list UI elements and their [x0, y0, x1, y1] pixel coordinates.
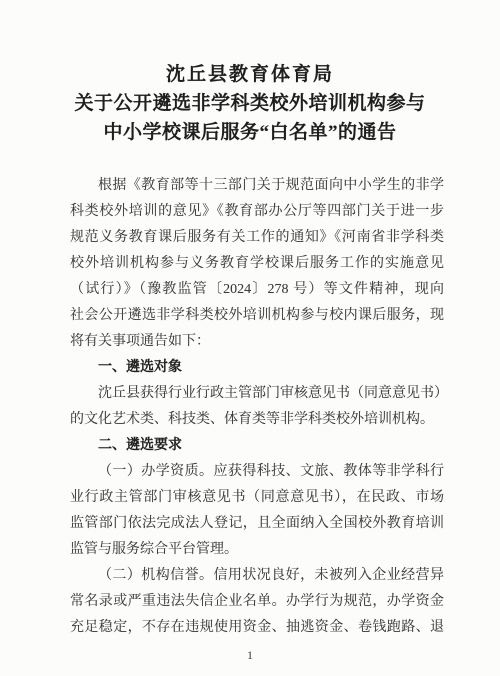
body-line: 社会公开遴选非学科类校外培训机构参与校内课后服务，现 — [70, 303, 444, 329]
page-number: 1 — [0, 648, 500, 663]
body-line: 科类校外培训的意见》《教育部办公厅等四部门关于进一步 — [70, 199, 444, 225]
title-line-2: 关于公开遴选非学科类校外培训机构参与 — [0, 89, 500, 118]
body-line: 常名录或严重违法失信企业名单。办学行为规范，办学资金 — [70, 589, 444, 615]
section-heading-1: 一、遴选对象 — [70, 355, 444, 381]
body-line: 校外培训机构参与义务教育学校课后服务工作的实施意见 — [70, 251, 444, 277]
body-line: 根据《教育部等十三部门关于规范面向中小学生的非学 — [70, 173, 444, 199]
document-title: 沈丘县教育体育局 关于公开遴选非学科类校外培训机构参与 中小学校课后服务“白名单… — [0, 0, 500, 147]
body-line: （二）机构信誉。信用状况良好，未被列入企业经营异 — [70, 563, 444, 589]
body-line: 业行政主管部门审核意见书（同意意见书），在民政、市场 — [70, 485, 444, 511]
title-line-1: 沈丘县教育体育局 — [0, 60, 500, 89]
body-line: 监管部门依法完成法人登记，且全面纳入全国校外教育培训 — [70, 511, 444, 537]
title-line-3: 中小学校课后服务“白名单”的通告 — [0, 118, 500, 147]
body-line: 规范义务教育课后服务有关工作的通知》《河南省非学科类 — [70, 225, 444, 251]
body-line: （试行）》（豫教监管〔2024〕278 号）等文件精神，现向 — [70, 277, 444, 303]
document-body: 根据《教育部等十三部门关于规范面向中小学生的非学 科类校外培训的意见》《教育部办… — [70, 173, 444, 641]
body-line: 将有关事项通告如下： — [70, 329, 444, 355]
section-heading-2: 二、遴选要求 — [70, 433, 444, 459]
body-line: 沈丘县获得行业行政主管部门审核意见书（同意意见书） — [70, 381, 444, 407]
body-line: 的文化艺术类、科技类、体育类等非学科类校外培训机构。 — [70, 407, 444, 433]
body-line: 充足稳定，不存在违规使用资金、抽逃资金、卷钱跑路、退 — [70, 615, 444, 641]
body-line: 监管与服务综合平台管理。 — [70, 537, 444, 563]
body-line: （一）办学资质。应获得科技、文旅、教体等非学科行 — [70, 459, 444, 485]
document-page: 沈丘县教育体育局 关于公开遴选非学科类校外培训机构参与 中小学校课后服务“白名单… — [0, 0, 500, 676]
